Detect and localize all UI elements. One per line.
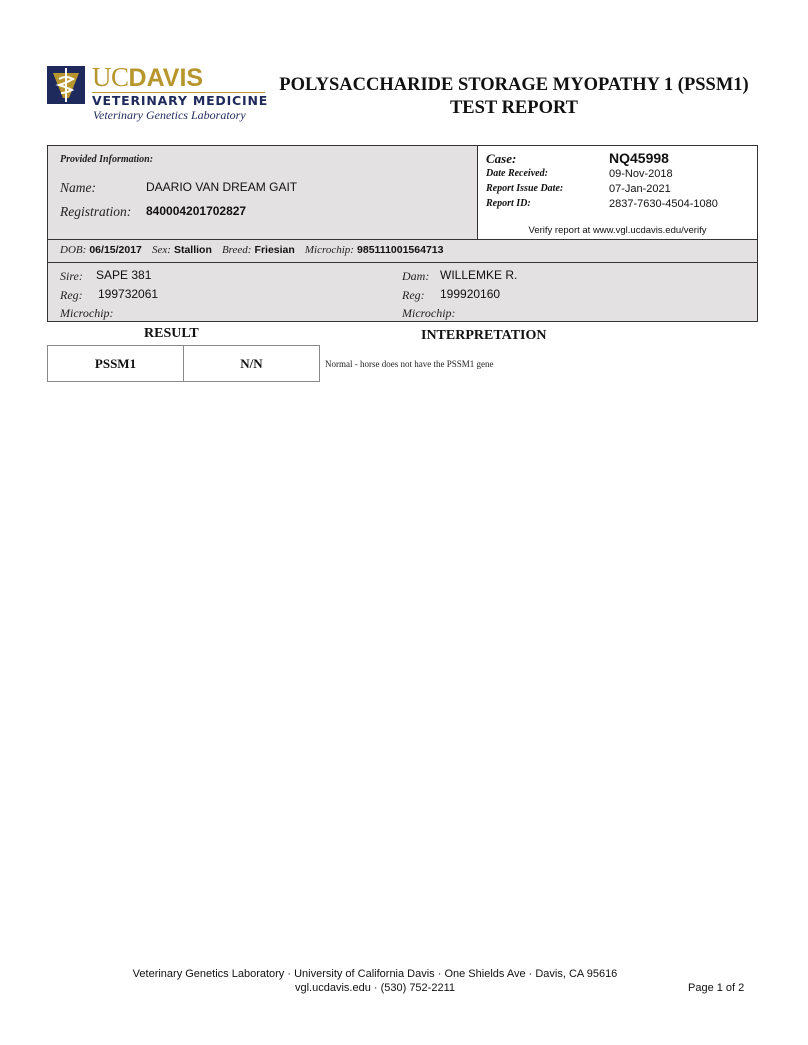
dam-microchip-label: Microchip: <box>402 306 456 321</box>
case-value: NQ45998 <box>609 150 669 166</box>
sire-label: Sire: <box>60 269 83 284</box>
dam-reg-label: Reg: <box>402 288 425 303</box>
report-title-line2: TEST REPORT <box>272 97 756 120</box>
sex-label: Sex: <box>152 244 171 256</box>
report-id-label: Report ID: <box>486 198 531 209</box>
provided-information-panel: Provided Information: Name: DAARIO VAN D… <box>48 146 478 239</box>
dam-value: WILLEMKE R. <box>440 268 517 282</box>
registration-value: 840004201702827 <box>146 204 246 218</box>
footer-line2: vgl.ucdavis.edu · (530) 752-2211 <box>120 981 630 995</box>
result-test-cell: PSSM1 <box>48 346 183 381</box>
date-received-value: 09-Nov-2018 <box>609 168 673 180</box>
logo-davis: DAVIS <box>129 64 204 92</box>
footer-address: Veterinary Genetics Laboratory · Univers… <box>120 967 630 995</box>
case-panel: Case: NQ45998 Date Received: 09-Nov-2018… <box>478 146 757 239</box>
registration-label: Registration: <box>60 204 131 220</box>
sire-value: SAPE 381 <box>96 268 151 282</box>
logo-wordmark: UCDAVIS <box>92 62 203 93</box>
sire-reg-label: Reg: <box>60 288 83 303</box>
sex-value: Stallion <box>174 244 212 256</box>
animal-details-row: DOB: 06/15/2017 Sex: Stallion Breed: Fri… <box>48 239 757 263</box>
verify-link[interactable]: Verify report at www.vgl.ucdavis.edu/ver… <box>478 225 757 236</box>
report-title-line1: POLYSACCHARIDE STORAGE MYOPATHY 1 (PSSM1… <box>272 74 756 97</box>
parentage-panel: Sire: SAPE 381 Reg: 199732061 Microchip:… <box>48 263 757 321</box>
issue-date-value: 07-Jan-2021 <box>609 183 671 195</box>
provided-heading: Provided Information: <box>60 154 153 165</box>
date-received-label: Date Received: <box>486 168 548 179</box>
sire-microchip-label: Microchip: <box>60 306 114 321</box>
dob-value: 06/15/2017 <box>89 244 142 256</box>
dam-label: Dam: <box>402 269 429 284</box>
breed-label: Breed: <box>222 244 252 256</box>
interpretation-text: Normal - horse does not have the PSSM1 g… <box>325 359 493 369</box>
report-id-value: 2837-7630-4504-1080 <box>609 198 718 210</box>
animal-details: DOB: 06/15/2017 Sex: Stallion Breed: Fri… <box>60 244 450 256</box>
name-value: DAARIO VAN DREAM GAIT <box>146 180 297 194</box>
report-title: POLYSACCHARIDE STORAGE MYOPATHY 1 (PSSM1… <box>272 74 756 120</box>
result-table: PSSM1 N/N <box>47 345 320 382</box>
logo-school: VETERINARY MEDICINE <box>92 93 268 108</box>
case-label: Case: <box>486 151 516 167</box>
issue-date-label: Report Issue Date: <box>486 183 563 194</box>
sire-reg-value: 199732061 <box>98 287 158 301</box>
logo-uc: UC <box>92 62 129 92</box>
dob-label: DOB: <box>60 244 86 256</box>
microchip-label: Microchip: <box>305 244 354 256</box>
ucdavis-vet-med-logo: UCDAVIS VETERINARY MEDICINE Veterinary G… <box>47 64 269 126</box>
footer-line1: Veterinary Genetics Laboratory · Univers… <box>120 967 630 981</box>
result-genotype-cell: N/N <box>183 346 319 381</box>
logo-lab: Veterinary Genetics Laboratory <box>93 108 246 123</box>
name-label: Name: <box>60 180 96 196</box>
caduceus-icon <box>47 66 85 104</box>
page-number: Page 1 of 2 <box>688 982 744 994</box>
info-box: Provided Information: Name: DAARIO VAN D… <box>47 145 758 322</box>
breed-value: Friesian <box>255 244 295 256</box>
result-heading: RESULT <box>144 326 199 342</box>
interpretation-heading: INTERPRETATION <box>421 328 547 344</box>
dam-reg-value: 199920160 <box>440 287 500 301</box>
microchip-value: 985111001564713 <box>357 244 443 256</box>
